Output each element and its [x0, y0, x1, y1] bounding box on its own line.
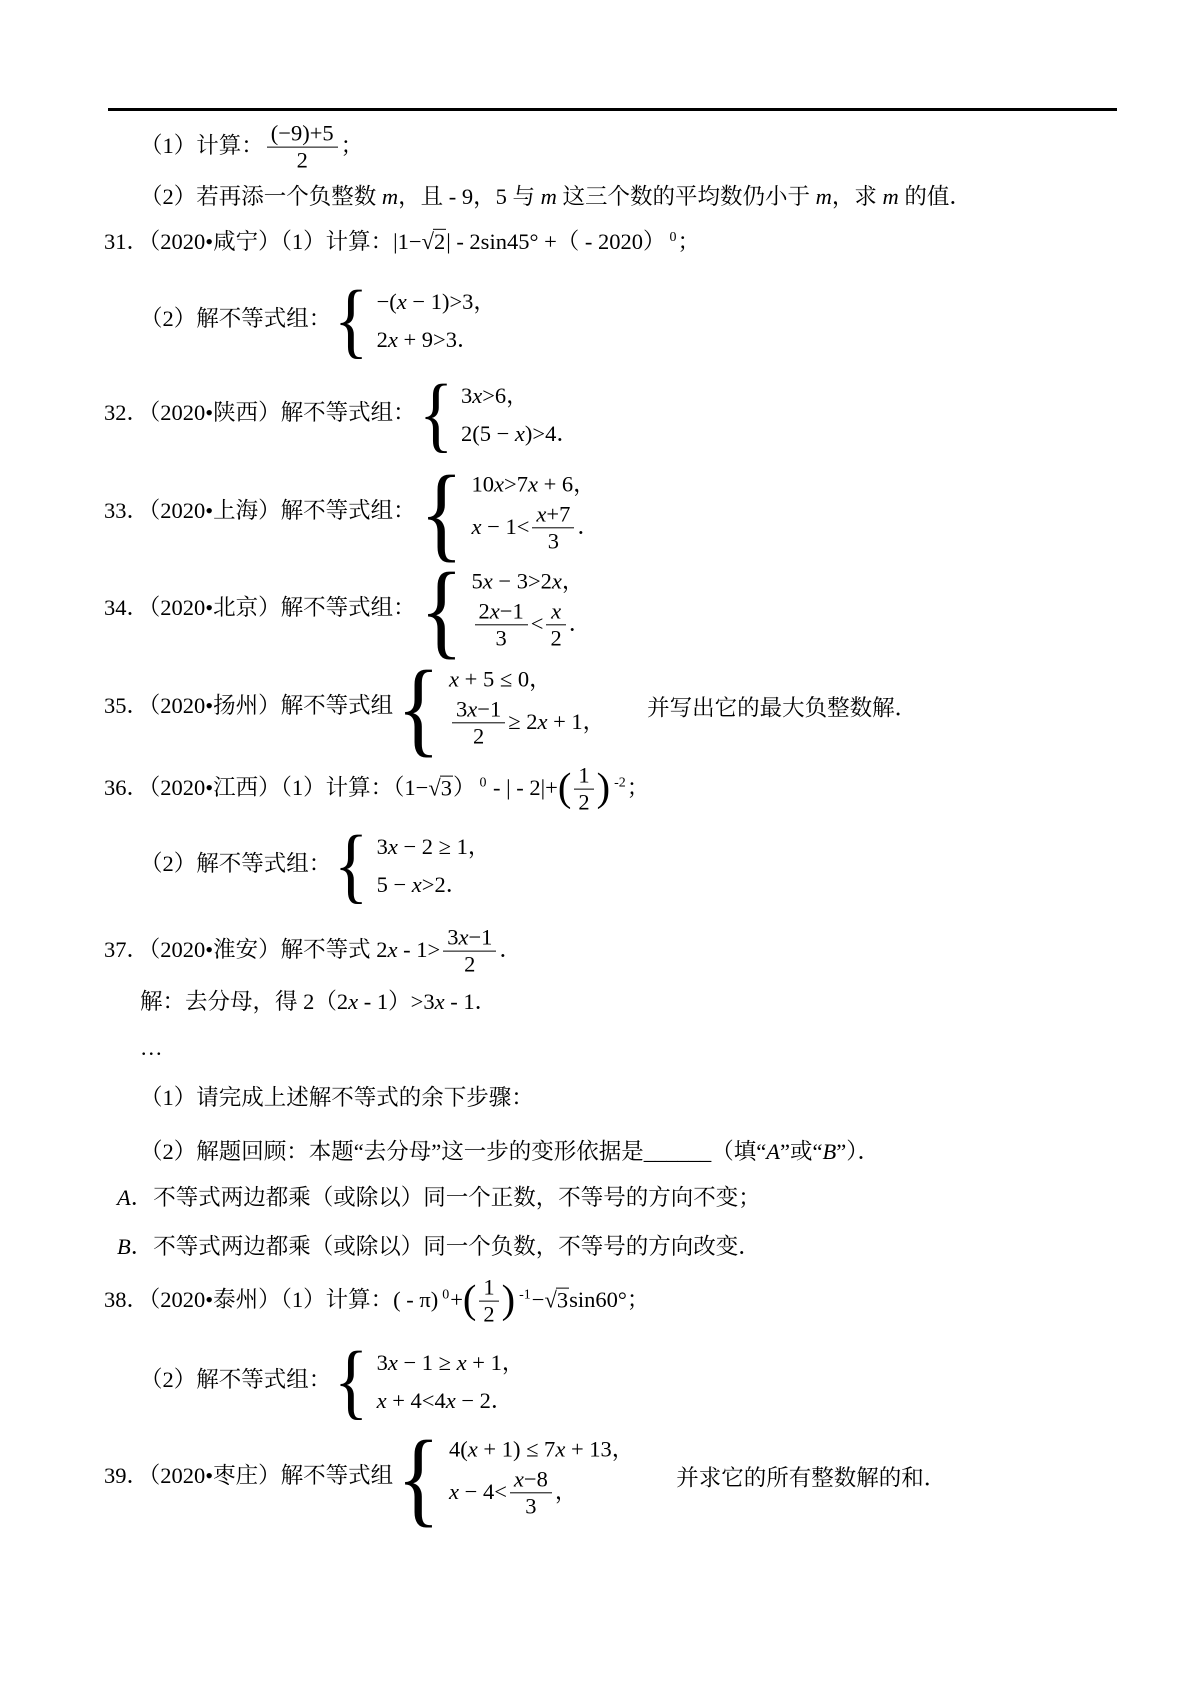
problem-36-part1: 36．（2020•江西）（1）计算：（1−√3）0 - | - 2|+(12)-…: [104, 764, 649, 817]
problem-31-part1: 31．（2020•咸宁）（1）计算：|1−√2| - 2sin45° +（ - …: [104, 227, 700, 257]
option-b: B．不等式两边都乘（或除以）同一个负数，不等号的方向改变．: [117, 1232, 761, 1262]
system-lines: 3x>6，2(5 − x)>4．: [461, 382, 579, 448]
system-line: 5x − 3>2x，: [472, 568, 592, 596]
problem-34: 34．（2020•北京）解不等式组：{5x − 3>2x，2x−13<x2．: [104, 562, 591, 657]
system-lines: 3x − 1 ≥ x + 1，x + 4<4x − 2．: [377, 1349, 525, 1415]
system-line: x + 5 ≤ 0，: [449, 666, 605, 694]
open-paren: (: [558, 765, 572, 810]
sqrt: √2: [422, 229, 447, 254]
punctuation: ，: [555, 1479, 578, 1504]
problem-label: 33．（2020•上海）解不等式组：: [104, 498, 416, 523]
system-line: x − 1<x+73．: [472, 503, 600, 556]
fraction-numerator: 2x−1: [475, 599, 528, 625]
brace-icon: {: [397, 1430, 440, 1525]
problem-text: 31．（2020•咸宁）（1）计算：|1−: [104, 229, 422, 254]
superscript: 0: [442, 1288, 449, 1303]
problem-37: 37．（2020•淮安）解不等式 2x - 1>3x−12．: [104, 926, 522, 979]
inequality-system: {10x>7x + 6，x − 1<x+73．: [416, 465, 600, 560]
system-line: 2x−13<x2．: [472, 600, 592, 653]
problem-label: 39．（2020•枣庄）解不等式组: [104, 1463, 393, 1488]
fraction: x−83: [510, 1467, 552, 1520]
fraction: 2x−13: [475, 599, 528, 652]
fraction-denominator: 3: [475, 625, 528, 652]
radicand: 3: [556, 1287, 569, 1313]
expression: x − 1<: [472, 514, 530, 539]
problem-37-q2: （2）解题回顾：本题“去分母”这一步的变形依据是______（填“A”或“B”）…: [140, 1137, 880, 1167]
system-line: 10x>7x + 6，: [472, 471, 600, 499]
punctuation: ．: [577, 514, 600, 539]
expression: ≥ 2x + 1，: [508, 709, 605, 734]
radicand: 2: [433, 229, 446, 255]
system-line: −(x − 1)>3，: [377, 288, 496, 316]
question-text: （2）解题回顾：本题“去分母”这一步的变形依据是______（填“A”或“B”）…: [140, 1139, 880, 1164]
problem-32: 32．（2020•陕西）解不等式组：{3x>6，2(5 − x)>4．: [104, 377, 579, 453]
fraction-numerator: x: [546, 599, 565, 625]
superscript: 0: [670, 229, 677, 244]
problem-text: （2）若再添一个负整数 m，且 - 9，5 与 m 这三个数的平均数仍小于 m，…: [140, 184, 972, 209]
part-label: （2）解不等式组：: [140, 306, 331, 331]
fraction: 12: [479, 1275, 498, 1328]
system-line: 2(5 − x)>4．: [461, 420, 579, 448]
punctuation: ；: [677, 229, 700, 254]
operator: +: [450, 1287, 463, 1312]
problem-label: 34．（2020•北京）解不等式组：: [104, 595, 416, 620]
brace-icon: {: [419, 562, 462, 657]
part-label: （2）解不等式组：: [140, 851, 331, 876]
fraction: 3x−12: [443, 925, 496, 978]
radical-icon: √: [544, 1287, 556, 1312]
solution-text: 解：去分母，得 2（2x - 1）>3x - 1．: [140, 989, 497, 1014]
problem-tail: 并求它的所有整数解的和．: [676, 1465, 946, 1490]
inequality-system: {5x − 3>2x，2x−13<x2．: [416, 562, 592, 657]
fraction-denominator: 2: [267, 147, 338, 174]
punctuation: ；: [627, 775, 650, 800]
fraction-denominator: 3: [510, 1493, 552, 1520]
close-paren: ): [597, 765, 611, 810]
system-line: x + 4<4x − 2．: [377, 1387, 525, 1415]
fraction: x2: [546, 599, 565, 652]
open-paren: (: [463, 1277, 477, 1322]
system-lines: x + 5 ≤ 0，3x−12≥ 2x + 1，: [449, 666, 605, 751]
operator: −: [532, 1287, 545, 1312]
problem-38-part2: （2）解不等式组：{3x − 1 ≥ x + 1，x + 4<4x − 2．: [140, 1344, 524, 1420]
punctuation: ．: [569, 611, 592, 636]
inequality-system: {4(x + 1) ≤ 7x + 13，x − 4<x−83，: [393, 1430, 634, 1525]
fraction-denominator: 2: [546, 625, 565, 652]
fraction-denominator: 3: [532, 528, 574, 555]
fraction-denominator: 2: [479, 1301, 498, 1328]
problem-38-part1: 38．（2020•泰州）（1）计算：( - π)0+(12)-1−√3sin60…: [104, 1276, 649, 1329]
system-line: x − 4<x−83，: [449, 1468, 634, 1521]
system-line: 5 − x>2．: [377, 871, 491, 899]
fraction-denominator: 2: [574, 789, 593, 816]
problem-text: 38．（2020•泰州）（1）计算：( - π): [104, 1287, 438, 1312]
operator: <: [531, 611, 544, 636]
fraction-numerator: 1: [574, 763, 593, 789]
punctuation: ；: [341, 133, 364, 158]
problem-tail: 并写出它的最大负整数解．: [647, 695, 917, 720]
system-lines: 3x − 2 ≥ 1，5 − x>2．: [377, 833, 491, 899]
problem-label: 35．（2020•扬州）解不等式组: [104, 693, 393, 718]
ellipsis: …: [140, 1035, 163, 1060]
system-lines: 10x>7x + 6，x − 1<x+73．: [472, 471, 600, 556]
brace-icon: {: [419, 465, 462, 560]
fraction-numerator: x−8: [510, 1467, 552, 1493]
problem-30-part1: （1）计算：(−9)+52；: [140, 122, 363, 175]
question-text: （1）请完成上述解不等式的余下步骤：: [140, 1085, 534, 1110]
radical-icon: √: [422, 229, 434, 254]
ellipsis-line: …: [140, 1033, 163, 1063]
problem-text: - | - 2|+: [487, 775, 557, 800]
system-line: 4(x + 1) ≤ 7x + 13，: [449, 1436, 634, 1464]
brace-icon: {: [419, 377, 453, 453]
system-line: 3x − 2 ≥ 1，: [377, 833, 491, 861]
problem-text: 36．（2020•江西）（1）计算：（1−: [104, 775, 428, 800]
worksheet-page: （1）计算：(−9)+52； （2）若再添一个负整数 m，且 - 9，5 与 m…: [0, 0, 1200, 1698]
sqrt: √3: [544, 1287, 569, 1312]
fraction-denominator: 2: [452, 723, 505, 750]
problem-31-part2: （2）解不等式组：{−(x − 1)>3，2x + 9>3．: [140, 283, 496, 359]
fraction-numerator: 3x−1: [443, 925, 496, 951]
fraction: (−9)+52: [267, 121, 338, 174]
radicand: 3: [440, 775, 453, 801]
brace-icon: {: [397, 660, 440, 755]
option-text: A．不等式两边都乘（或除以）同一个正数，不等号的方向不变；: [117, 1185, 761, 1210]
system-line: 2x + 9>3．: [377, 326, 496, 354]
brace-icon: {: [334, 1344, 368, 1420]
part-label: （1）计算：: [140, 133, 264, 158]
radical-icon: √: [428, 775, 440, 800]
fraction-numerator: (−9)+5: [267, 121, 338, 147]
problem-37-q1: （1）请完成上述解不等式的余下步骤：: [140, 1083, 534, 1113]
inequality-system: {x + 5 ≤ 0，3x−12≥ 2x + 1，: [393, 660, 605, 755]
fraction-denominator: 2: [443, 951, 496, 978]
system-line: 3x−12≥ 2x + 1，: [449, 698, 605, 751]
system-lines: 4(x + 1) ≤ 7x + 13，x − 4<x−83，: [449, 1436, 634, 1521]
brace-icon: {: [334, 828, 368, 904]
superscript: 0: [479, 776, 486, 791]
problem-text: | - 2sin45° +（ - 2020）: [446, 229, 665, 254]
problem-30-part2: （2）若再添一个负整数 m，且 - 9，5 与 m 这三个数的平均数仍小于 m，…: [140, 182, 972, 212]
expression: x − 4<: [449, 1479, 507, 1504]
system-lines: 5x − 3>2x，2x−13<x2．: [472, 568, 592, 653]
problem-36-part2: （2）解不等式组：{3x − 2 ≥ 1，5 − x>2．: [140, 828, 490, 904]
inequality-system: {−(x − 1)>3，2x + 9>3．: [331, 283, 496, 359]
close-paren: ): [502, 1277, 516, 1322]
superscript: -1: [519, 1288, 531, 1303]
system-lines: −(x − 1)>3，2x + 9>3．: [377, 288, 496, 354]
option-text: B．不等式两边都乘（或除以）同一个负数，不等号的方向改变．: [117, 1234, 761, 1259]
superscript: -2: [614, 776, 626, 791]
fraction: 12: [574, 763, 593, 816]
fraction-numerator: 1: [479, 1275, 498, 1301]
part-label: （2）解不等式组：: [140, 1367, 331, 1392]
problem-33: 33．（2020•上海）解不等式组：{10x>7x + 6，x − 1<x+73…: [104, 465, 600, 560]
inequality-system: {3x − 2 ≥ 1，5 − x>2．: [331, 828, 490, 904]
system-line: 3x>6，: [461, 382, 579, 410]
fraction-numerator: 3x−1: [452, 697, 505, 723]
sqrt: √3: [428, 775, 453, 800]
problem-39: 39．（2020•枣庄）解不等式组{4(x + 1) ≤ 7x + 13，x −…: [104, 1430, 946, 1525]
problem-text: ）: [453, 775, 476, 800]
problem-label: 32．（2020•陕西）解不等式组：: [104, 400, 416, 425]
fraction: 3x−12: [452, 697, 505, 750]
punctuation: ．: [499, 937, 522, 962]
problem-text: 37．（2020•淮安）解不等式 2x - 1>: [104, 937, 440, 962]
brace-icon: {: [334, 283, 368, 359]
problem-35: 35．（2020•扬州）解不等式组{x + 5 ≤ 0，3x−12≥ 2x + …: [104, 660, 917, 755]
fraction: x+73: [532, 502, 574, 555]
option-a: A．不等式两边都乘（或除以）同一个正数，不等号的方向不变；: [117, 1183, 761, 1213]
header-rule: [108, 108, 1117, 111]
fraction-numerator: x+7: [532, 502, 574, 528]
inequality-system: {3x − 1 ≥ x + 1，x + 4<4x − 2．: [331, 1344, 524, 1420]
inequality-system: {3x>6，2(5 − x)>4．: [416, 377, 579, 453]
system-line: 3x − 1 ≥ x + 1，: [377, 1349, 525, 1377]
problem-text: sin60°；: [569, 1287, 649, 1312]
solution-line: 解：去分母，得 2（2x - 1）>3x - 1．: [140, 987, 497, 1017]
